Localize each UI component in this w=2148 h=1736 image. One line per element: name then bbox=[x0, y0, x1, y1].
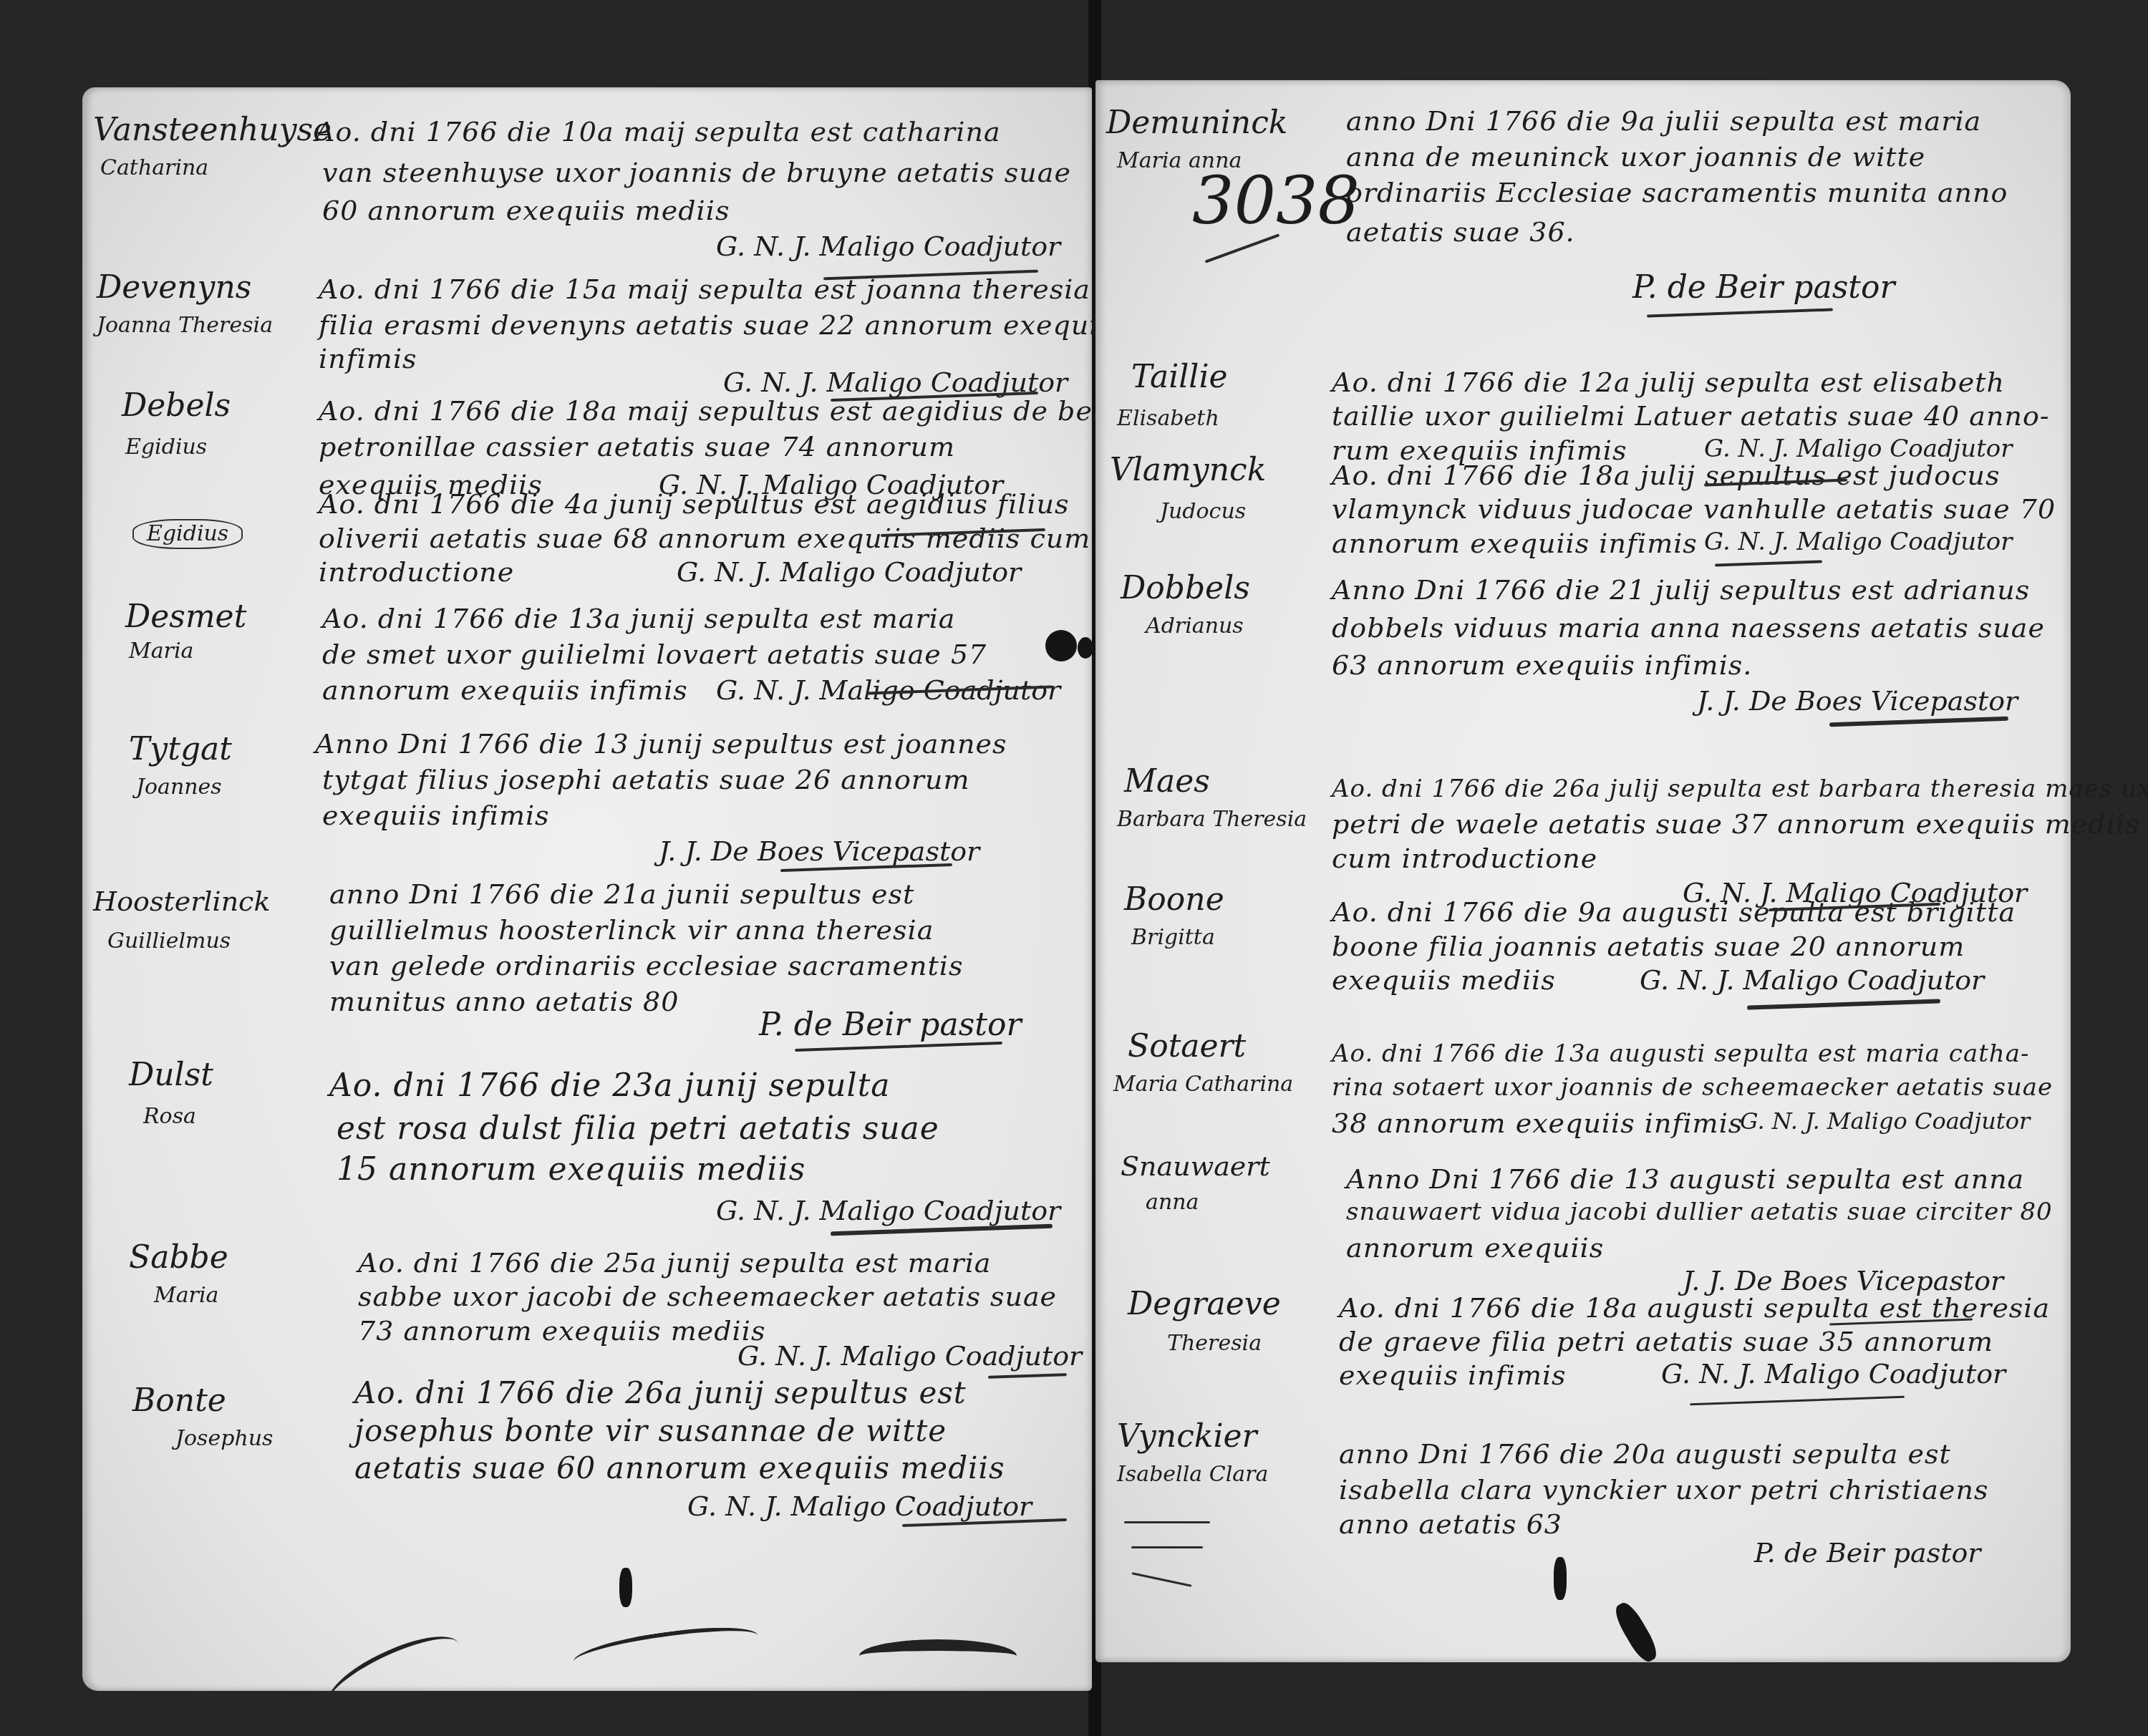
entry-line: munitus anno aetatis 80 bbox=[329, 988, 679, 1015]
margin-given-name: Josephus bbox=[175, 1428, 273, 1450]
entry-line: Anno Dni 1766 die 21 julij sepultus est … bbox=[1332, 576, 2030, 603]
entry-line: aetatis suae 60 annorum exequiis mediis bbox=[354, 1453, 1005, 1483]
entry-line: annorum exequiis infimis bbox=[1332, 530, 1698, 557]
entry-line: 60 annorum exequiis mediis bbox=[322, 197, 730, 224]
entry-line: Ao. dni 1766 die 18a augusti sepulta est… bbox=[1339, 1294, 2050, 1322]
entry-line: Ao. dni 1766 die 18a julij sepultus est … bbox=[1332, 462, 2001, 489]
margin-surname: Desmet bbox=[125, 601, 246, 633]
entry-line: exequiis infimis bbox=[322, 802, 550, 829]
margin-surname: Vansteenhuyse bbox=[93, 115, 332, 146]
margin-given-name: Guillielmus bbox=[107, 931, 231, 952]
signature: J. J. De Boes Vicepastor bbox=[1697, 687, 2018, 714]
entry-line: de graeve filia petri aetatis suae 35 an… bbox=[1339, 1328, 1993, 1355]
margin-surname: Vynckier bbox=[1117, 1421, 1257, 1453]
margin-surname: Taillie bbox=[1131, 362, 1228, 393]
margin-given-name: Barbara Theresia bbox=[1117, 809, 1307, 830]
signature: G. N. J. Maligo Coadjutor bbox=[687, 1493, 1032, 1520]
entry-line: anna de meuninck uxor joannis de witte bbox=[1346, 143, 1925, 170]
entry-line: Ao. dni 1766 die 23a junij sepulta bbox=[329, 1070, 891, 1102]
entry-line: taillie uxor guilielmi Latuer aetatis su… bbox=[1332, 402, 2050, 430]
entry-line: Ao. dni 1766 die 12a julij sepulta est e… bbox=[1332, 369, 2005, 396]
margin-surname: Maes bbox=[1124, 766, 1210, 797]
margin-surname: Dobbels bbox=[1121, 573, 1250, 604]
entry-line: anno Dni 1766 die 21a junii sepultus est bbox=[329, 881, 914, 908]
entry-line: petri de waele aetatis suae 37 annorum e… bbox=[1332, 810, 2139, 838]
entry-line: annorum exequiis bbox=[1346, 1234, 1604, 1261]
signature: P. de Beir pastor bbox=[759, 1009, 1022, 1041]
margin-given-name: Adrianus bbox=[1146, 616, 1244, 637]
entry-line: Ao. dni 1766 die 26a junij sepultus est bbox=[354, 1378, 967, 1408]
entry-line: guillielmus hoosterlinck vir anna theres… bbox=[329, 916, 934, 944]
entry-line: boone filia joannis aetatis suae 20 anno… bbox=[1332, 933, 1965, 960]
margin-given-name: Maria bbox=[129, 641, 193, 662]
entry-line: exequiis infimis bbox=[1339, 1362, 1567, 1389]
entry-line: Anno Dni 1766 die 13 junij sepultus est … bbox=[315, 730, 1007, 757]
signature: G. N. J. Maligo Coadjutor bbox=[1640, 966, 1984, 994]
margin-surname: Devenyns bbox=[97, 272, 251, 304]
entry-line: anno Dni 1766 die 20a augusti sepulta es… bbox=[1339, 1440, 1951, 1468]
signature: G. N. J. Maligo Coadjutor bbox=[716, 1197, 1060, 1224]
entry-line: vlamynck viduus judocae vanhulle aetatis… bbox=[1332, 495, 2056, 523]
entry-line: van steenhuyse uxor joannis de bruyne ae… bbox=[322, 159, 1071, 186]
entry-line: Ao. dni 1766 die 25a junij sepulta est m… bbox=[358, 1249, 991, 1276]
margin-surname: Snauwaert bbox=[1121, 1153, 1270, 1180]
signature: P. de Beir pastor bbox=[1754, 1539, 1981, 1566]
margin-given-name: Theresia bbox=[1167, 1333, 1262, 1354]
entry-line: anno Dni 1766 die 9a julii sepulta est m… bbox=[1346, 107, 1981, 135]
entry-line: isabella clara vynckier uxor petri chris… bbox=[1339, 1476, 1988, 1503]
margin-surname: Bonte bbox=[132, 1385, 226, 1417]
margin-surname: Degraeve bbox=[1128, 1289, 1281, 1320]
margin-given-name: Rosa bbox=[143, 1106, 196, 1128]
entry-line: exequiis mediis bbox=[1332, 966, 1556, 994]
entry-line: van gelede ordinariis ecclesiae sacramen… bbox=[329, 952, 963, 979]
margin-surname: Demuninck bbox=[1106, 107, 1287, 139]
entry-line: Ao. dni 1766 die 18a maij sepultus est a… bbox=[319, 397, 1165, 425]
margin-surname: Sabbe bbox=[129, 1242, 228, 1274]
margin-rule bbox=[1124, 1521, 1210, 1523]
signature: J. J. De Boes Vicepastor bbox=[659, 838, 979, 865]
margin-given-name: Catharina bbox=[100, 157, 208, 179]
entry-line: rina sotaert uxor joannis de scheemaecke… bbox=[1332, 1075, 2053, 1100]
margin-given-name: Joannes bbox=[136, 777, 222, 798]
entry-line: de smet uxor guilielmi lovaert aetatis s… bbox=[322, 641, 987, 668]
entry-line: josephus bonte vir susannae de witte bbox=[354, 1416, 947, 1446]
ink-blot bbox=[619, 1568, 632, 1607]
margin-given-name: Judocus bbox=[1160, 501, 1246, 523]
signature: P. de Beir pastor bbox=[1632, 272, 1895, 304]
entry-line: dobbels viduus maria anna naessens aetat… bbox=[1332, 614, 2045, 641]
ink-blot bbox=[1554, 1557, 1567, 1600]
signature: J. J. De Boes Vicepastor bbox=[1683, 1267, 2003, 1294]
entry-line: Ao. dni 1766 die 13a augusti sepulta est… bbox=[1332, 1042, 2030, 1066]
signature: G. N. J. Maligo Coadjutor bbox=[1661, 1360, 2006, 1387]
entry-line: aetatis suae 36. bbox=[1346, 218, 1575, 246]
signature: G. N. J. Maligo Coadjutor bbox=[737, 1342, 1082, 1369]
entry-line: 15 annorum exequiis mediis bbox=[337, 1154, 805, 1185]
entry-line: sabbe uxor jacobi de scheemaecker aetati… bbox=[358, 1283, 1057, 1310]
signature: G. N. J. Maligo Coadjutor bbox=[677, 558, 1021, 586]
entry-line: Ao. dni 1766 die 13a junij sepulta est m… bbox=[322, 605, 955, 632]
entry-line: annorum exequiis infimis bbox=[322, 677, 688, 704]
entry-line: petronillae cassier aetatis suae 74 anno… bbox=[319, 433, 955, 460]
entry-line: cum introductione bbox=[1332, 845, 1597, 872]
folio-number: 3038 bbox=[1192, 168, 1360, 234]
margin-surname: Sotaert bbox=[1128, 1031, 1246, 1062]
signature: G. N. J. Maligo Coadjutor bbox=[1740, 1110, 2030, 1133]
entry-line: Ao. dni 1766 die 9a augusti sepulta est … bbox=[1332, 898, 2016, 926]
entry-line: Ao. dni 1766 die 10a maij sepulta est ca… bbox=[315, 118, 1001, 145]
signature: G. N. J. Maligo Coadjutor bbox=[1704, 437, 2013, 461]
margin-surname: Dulst bbox=[129, 1059, 213, 1091]
signature: G. N. J. Maligo Coadjutor bbox=[716, 677, 1060, 704]
margin-given-name: Brigitta bbox=[1131, 927, 1215, 949]
signature: G. N. J. Maligo Coadjutor bbox=[1704, 530, 2013, 554]
entry-line: Ao. dni 1766 die 15a maij sepulta est jo… bbox=[319, 276, 1090, 303]
entry-line: ordinariis Ecclesiae sacramentis munita … bbox=[1346, 179, 2008, 206]
entry-line: 63 annorum exequiis infimis. bbox=[1332, 651, 1752, 679]
margin-given-name: Maria bbox=[154, 1285, 218, 1306]
margin-given-name: Egidius bbox=[125, 437, 207, 458]
entry-line: anno aetatis 63 bbox=[1339, 1510, 1562, 1538]
entry-line: Anno Dni 1766 die 13 augusti sepulta est… bbox=[1346, 1165, 2024, 1193]
margin-surname: Debels bbox=[122, 390, 231, 422]
ink-blot bbox=[1045, 630, 1077, 661]
margin-given-name: Maria Catharina bbox=[1113, 1074, 1293, 1095]
entry-line: 73 annorum exequiis mediis bbox=[358, 1317, 765, 1344]
entry-line: 38 annorum exequiis infimis bbox=[1332, 1110, 1743, 1137]
entry-line: tytgat filius josephi aetatis suae 26 an… bbox=[322, 766, 969, 793]
entry-line: Ao. dni 1766 die 4a junij sepultus est a… bbox=[319, 490, 1070, 518]
margin-surname: Hoosterlinck bbox=[93, 888, 270, 915]
margin-rule bbox=[1131, 1546, 1203, 1548]
entry-line: est rosa dulst filia petri aetatis suae bbox=[337, 1113, 939, 1145]
entry-line: oliverii aetatis suae 68 annorum exequii… bbox=[319, 525, 1090, 552]
ink-blot bbox=[1078, 637, 1093, 659]
pen-stroke bbox=[859, 1639, 1017, 1672]
margin-given-name: anna bbox=[1146, 1192, 1199, 1213]
margin-given-name: Elisabeth bbox=[1117, 408, 1219, 430]
entry-line: infimis bbox=[319, 345, 417, 372]
margin-surname: Tytgat bbox=[129, 734, 232, 765]
entry-line: Ao. dni 1766 die 26a julij sepulta est b… bbox=[1332, 777, 2148, 801]
entry-line: introductione bbox=[319, 558, 514, 586]
margin-given-name: Joanna Theresia bbox=[97, 315, 273, 336]
signature: G. N. J. Maligo Coadjutor bbox=[716, 233, 1060, 260]
entry-line: snauwaert vidua jacobi dullier aetatis s… bbox=[1346, 1200, 2053, 1224]
margin-surname: Boone bbox=[1124, 884, 1224, 916]
margin-given-name: Egidius bbox=[132, 519, 243, 549]
entry-line: filia erasmi devenyns aetatis suae 22 an… bbox=[319, 311, 1123, 339]
margin-surname: Vlamynck bbox=[1110, 455, 1266, 486]
margin-given-name: Isabella Clara bbox=[1117, 1464, 1268, 1485]
